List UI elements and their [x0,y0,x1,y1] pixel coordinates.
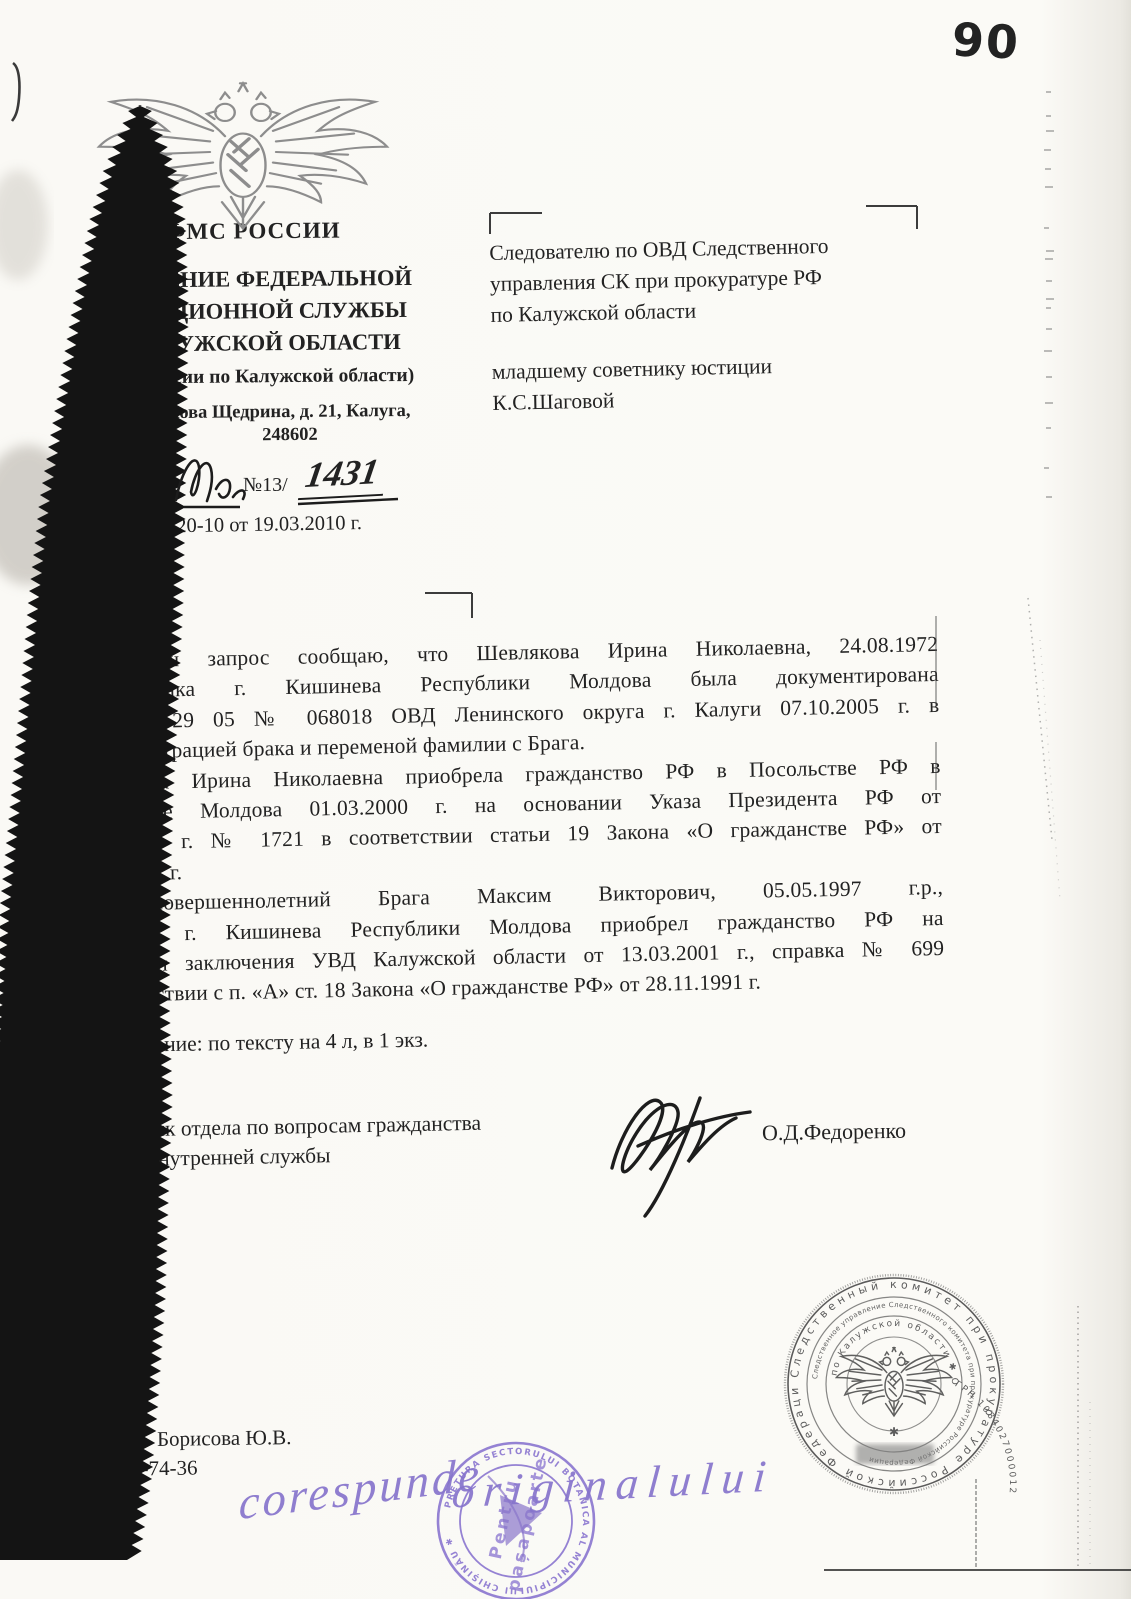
incoming-reference: 02\2-20-10 от 19.03.2010 г. [133,512,362,539]
signer-title-line2: внутренней службы [148,1143,331,1171]
letterhead-org-line: ЕНИЕ ФЕДЕРАЛЬНОЙ [127,265,449,294]
scan-streak [1040,640,1060,900]
executor-name: Борисова Ю.В. [157,1425,292,1452]
letter-body: Ваш запрос сообщаю, что Шевлякова Ирина … [138,629,945,1010]
corner-mark-body [425,593,472,618]
corner-mark-recipient-right [866,206,917,229]
letterhead-org-short-name: ссии по Калужской области) [128,365,450,390]
corner-mark-recipient-left [490,213,542,234]
seal-inner-ring-text: по Калужской области ✱ ОГРН 108402700001… [830,1319,1017,1496]
seal-middle-ring-text: Следственное управление Следственного ко… [811,1301,977,1467]
letterhead-org-line: УЖСКОЙ ОБЛАСТИ [128,329,450,358]
attachment-line: жение: по тексту на 4 л, в 1 экз. [140,1027,429,1057]
scanned-letter-page: 90 ФМС РОССИИ ЕНИЕ ФЕДЕРАЛЬНОЙ ЦИОННОЙ С… [0,0,1131,1599]
letterhead-org-line: ЦИОННОЙ СЛУЖБЫ [128,297,450,326]
scan-smudge [0,445,76,585]
outgoing-number-handwritten: 1431 [298,450,390,500]
signature-scribble [612,1098,750,1216]
scan-edge-mark [12,63,19,121]
handwritten-underline [184,499,398,507]
svg-text:по Калужской области ✱ ОГРН 10: по Калужской области ✱ ОГРН 108402700001… [830,1319,1017,1496]
seal-center-star: ✱ [889,1425,899,1439]
outgoing-number-label: №13/ [243,474,288,497]
svg-text:Следственное управление Следст: Следственное управление Следственного ко… [811,1301,977,1467]
signer-title-line1: ник отдела по вопросам гражданства [142,1111,482,1143]
seal-blurred-number-box [856,1444,934,1464]
letterhead-postcode: 248602 [129,424,451,448]
page-number: 90 [951,12,1022,69]
executor-phone: 3-74-36 [131,1456,198,1482]
signer-name: О.Д.Федоренко [762,1118,906,1147]
seal-eagle-emblem [836,1348,951,1416]
letterhead-block: ФМС РОССИИ ЕНИЕ ФЕДЕРАЛЬНОЙ ЦИОННОЙ СЛУЖ… [127,217,451,448]
recipient-block: Следователю по ОВД Следственного управле… [489,229,923,419]
scan-speck-column [1044,92,1054,497]
letterhead-eagle-emblem [99,83,387,228]
handwritten-date-scribble [176,460,245,501]
certification-handwriting-word2: originalului [450,1449,777,1518]
letterhead-address: кова Щедрина, д. 21, Калуга, [129,401,451,425]
scan-smudge [0,170,48,280]
certification-handwriting-word1: corespunde [238,1447,482,1531]
letterhead-org-abbrev: ФМС РОССИИ [127,217,379,245]
scan-streak [1028,598,1052,840]
